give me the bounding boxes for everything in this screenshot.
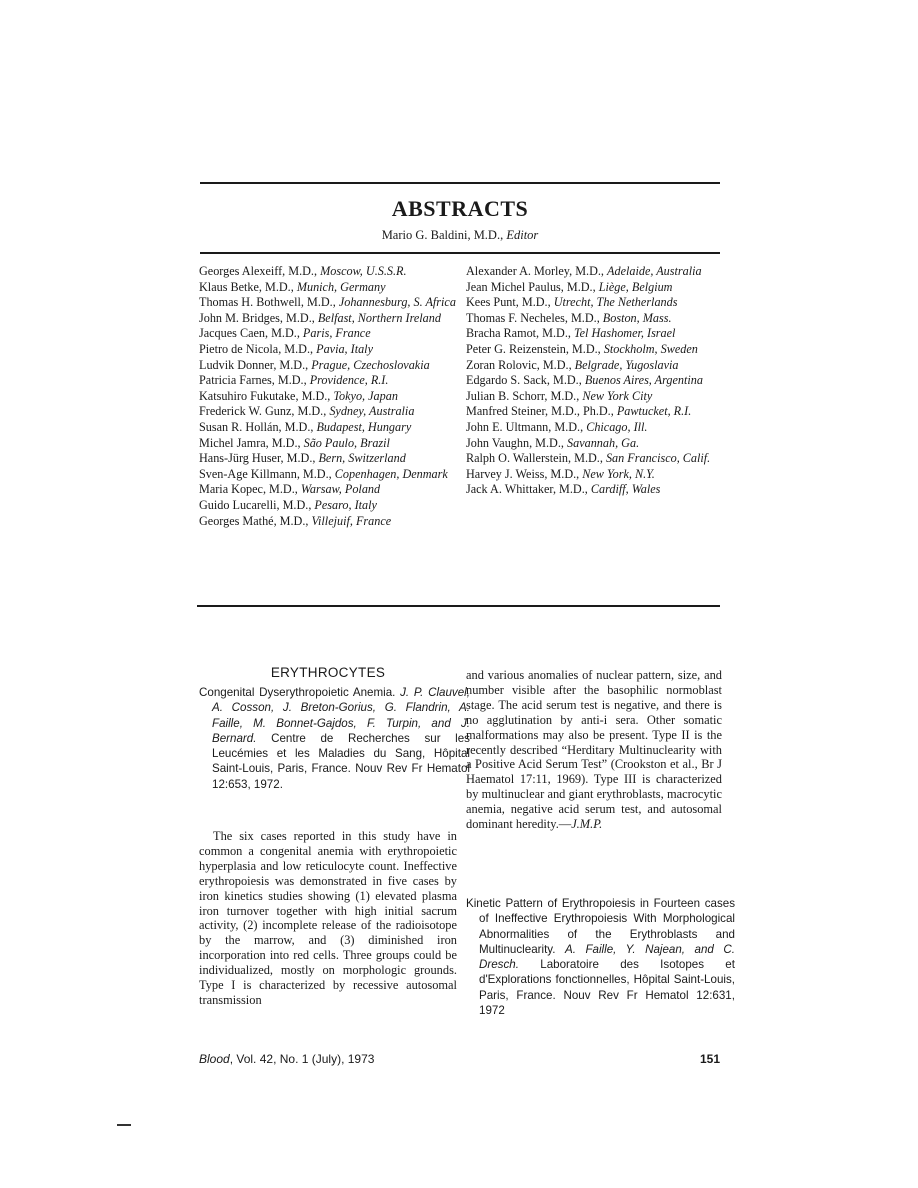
board-member: Edgardo S. Sack, M.D., Buenos Aires, Arg… <box>466 373 728 389</box>
board-member-location: Pesaro, Italy <box>314 498 377 512</box>
board-member-location: Munich, Germany <box>297 280 386 294</box>
page-title: ABSTRACTS <box>200 196 720 222</box>
board-member-name: Jean Michel Paulus, M.D., <box>466 280 596 294</box>
board-member: Klaus Betke, M.D., Munich, Germany <box>199 280 461 296</box>
board-member: Hans-Jürg Huser, M.D., Bern, Switzerland <box>199 451 461 467</box>
board-member-location: Pavia, Italy <box>316 342 373 356</box>
board-member-location: Moscow, U.S.S.R. <box>320 264 406 278</box>
board-member-location: Boston, Mass. <box>603 311 672 325</box>
board-member-name: Pietro de Nicola, M.D., <box>199 342 313 356</box>
board-member: Georges Alexeiff, M.D., Moscow, U.S.S.R. <box>199 264 461 280</box>
board-member-name: Michel Jamra, M.D., <box>199 436 301 450</box>
board-member-name: Ludvik Donner, M.D., <box>199 358 308 372</box>
board-member-name: Maria Kopec, M.D., <box>199 482 298 496</box>
board-member-location: Buenos Aires, Argentina <box>585 373 703 387</box>
board-member: Jack A. Whittaker, M.D., Cardiff, Wales <box>466 482 728 498</box>
editor-role: Editor <box>506 228 538 242</box>
board-member-name: Sven-Age Killmann, M.D., <box>199 467 332 481</box>
board-member-name: Peter G. Reizenstein, M.D., <box>466 342 601 356</box>
board-member-location: Copenhagen, Denmark <box>335 467 448 481</box>
board-member: Alexander A. Morley, M.D., Adelaide, Aus… <box>466 264 728 280</box>
board-member-location: Warsaw, Poland <box>301 482 380 496</box>
abstract1-body-part1: The six cases reported in this study hav… <box>199 829 457 1008</box>
abstract1-title: Congenital Dyserythropoietic Anemia. <box>199 686 395 699</box>
board-member-name: Ralph O. Wallerstein, M.D., <box>466 451 603 465</box>
board-member-location: Tel Hashomer, Israel <box>574 326 675 340</box>
board-member-name: John M. Bridges, M.D., <box>199 311 315 325</box>
board-member-location: Savannah, Ga. <box>567 436 639 450</box>
board-member: Michel Jamra, M.D., São Paulo, Brazil <box>199 436 461 452</box>
board-member-location: Providence, R.I. <box>310 373 389 387</box>
board-member-name: Julian B. Schorr, M.D., <box>466 389 579 403</box>
board-member-name: Susan R. Hollán, M.D., <box>199 420 313 434</box>
board-member-name: Alexander A. Morley, M.D., <box>466 264 604 278</box>
board-member-name: Katsuhiro Fukutake, M.D., <box>199 389 330 403</box>
board-member: Zoran Rolovic, M.D., Belgrade, Yugoslavi… <box>466 358 728 374</box>
board-member: Pietro de Nicola, M.D., Pavia, Italy <box>199 342 461 358</box>
abstract1-body-text: and various anomalies of nuclear pattern… <box>466 668 722 831</box>
abstract2-citation: Kinetic Pattern of Erythropoiesis in Fou… <box>466 896 735 1018</box>
board-member-location: São Paulo, Brazil <box>304 436 390 450</box>
board-member-name: Edgardo S. Sack, M.D., <box>466 373 582 387</box>
board-member-name: Guido Lucarelli, M.D., <box>199 498 311 512</box>
board-member-name: Bracha Ramot, M.D., <box>466 326 571 340</box>
board-member-location: Stockholm, Sweden <box>604 342 698 356</box>
abstract1-body-part2: and various anomalies of nuclear pattern… <box>466 668 722 832</box>
board-bottom-rule <box>197 605 720 607</box>
board-member-name: Georges Mathé, M.D., <box>199 514 308 528</box>
section-heading: ERYTHROCYTES <box>199 665 457 680</box>
board-member-location: Pawtucket, R.I. <box>617 404 691 418</box>
board-member-location: Utrecht, The Netherlands <box>554 295 678 309</box>
editor-line: Mario G. Baldini, M.D., Editor <box>200 228 720 243</box>
board-member: Julian B. Schorr, M.D., New York City <box>466 389 728 405</box>
board-member: Jacques Caen, M.D., Paris, France <box>199 326 461 342</box>
board-member: Susan R. Hollán, M.D., Budapest, Hungary <box>199 420 461 436</box>
board-member: Jean Michel Paulus, M.D., Liège, Belgium <box>466 280 728 296</box>
board-member: Harvey J. Weiss, M.D., New York, N.Y. <box>466 467 728 483</box>
board-member: Sven-Age Killmann, M.D., Copenhagen, Den… <box>199 467 461 483</box>
board-member: Guido Lucarelli, M.D., Pesaro, Italy <box>199 498 461 514</box>
board-member-location: Cardiff, Wales <box>591 482 661 496</box>
board-member: Maria Kopec, M.D., Warsaw, Poland <box>199 482 461 498</box>
board-member-location: Adelaide, Australia <box>607 264 702 278</box>
board-member-name: Patricia Farnes, M.D., <box>199 373 307 387</box>
board-member: Patricia Farnes, M.D., Providence, R.I. <box>199 373 461 389</box>
board-member: Manfred Steiner, M.D., Ph.D., Pawtucket,… <box>466 404 728 420</box>
board-member: Ludvik Donner, M.D., Prague, Czechoslova… <box>199 358 461 374</box>
board-member: John Vaughn, M.D., Savannah, Ga. <box>466 436 728 452</box>
editor-name: Mario G. Baldini, M.D., <box>382 228 504 242</box>
board-member-name: Zoran Rolovic, M.D., <box>466 358 572 372</box>
board-member-location: Budapest, Hungary <box>316 420 411 434</box>
board-member-location: Tokyo, Japan <box>333 389 398 403</box>
board-member-location: Chicago, Ill. <box>586 420 647 434</box>
board-member-name: Frederick W. Gunz, M.D., <box>199 404 326 418</box>
board-member: Ralph O. Wallerstein, M.D., San Francisc… <box>466 451 728 467</box>
board-member: Kees Punt, M.D., Utrecht, The Netherland… <box>466 295 728 311</box>
board-member: Peter G. Reizenstein, M.D., Stockholm, S… <box>466 342 728 358</box>
page-number: 151 <box>680 1052 720 1066</box>
abstract1-citation: Congenital Dyserythropoietic Anemia. J. … <box>199 685 470 792</box>
board-member: John E. Ultmann, M.D., Chicago, Ill. <box>466 420 728 436</box>
abstract1-signature: J.M.P. <box>571 817 602 831</box>
board-member-location: San Francisco, Calif. <box>606 451 710 465</box>
board-member: Thomas H. Bothwell, M.D., Johannesburg, … <box>199 295 461 311</box>
board-member-name: Manfred Steiner, M.D., Ph.D., <box>466 404 614 418</box>
board-member: Katsuhiro Fukutake, M.D., Tokyo, Japan <box>199 389 461 405</box>
board-member-location: New York City <box>582 389 652 403</box>
board-member-location: Johannesburg, S. Africa <box>339 295 456 309</box>
board-member-location: Bern, Switzerland <box>318 451 405 465</box>
board-member-name: Hans-Jürg Huser, M.D., <box>199 451 315 465</box>
board-member-location: New York, N.Y. <box>582 467 655 481</box>
board-member-name: Klaus Betke, M.D., <box>199 280 294 294</box>
board-member: John M. Bridges, M.D., Belfast, Northern… <box>199 311 461 327</box>
board-member: Georges Mathé, M.D., Villejuif, France <box>199 514 461 530</box>
board-member-location: Belfast, Northern Ireland <box>318 311 441 325</box>
scan-artifact <box>117 1124 131 1126</box>
board-member-location: Sydney, Australia <box>329 404 414 418</box>
board-member-name: Thomas H. Bothwell, M.D., <box>199 295 336 309</box>
board-member-location: Paris, France <box>303 326 371 340</box>
footer-journal-details: , Vol. 42, No. 1 (July), 1973 <box>230 1052 375 1066</box>
board-member-location: Liège, Belgium <box>599 280 673 294</box>
footer-journal-name: Blood <box>199 1052 230 1066</box>
board-member-location: Belgrade, Yugoslavia <box>575 358 679 372</box>
board-member-location: Prague, Czechoslovakia <box>311 358 429 372</box>
board-member-name: John Vaughn, M.D., <box>466 436 564 450</box>
board-member: Thomas F. Necheles, M.D., Boston, Mass. <box>466 311 728 327</box>
board-member-location: Villejuif, France <box>312 514 392 528</box>
board-member: Bracha Ramot, M.D., Tel Hashomer, Israel <box>466 326 728 342</box>
editorial-board-left: Georges Alexeiff, M.D., Moscow, U.S.S.R.… <box>199 264 461 529</box>
footer-journal: Blood, Vol. 42, No. 1 (July), 1973 <box>199 1052 374 1066</box>
board-member-name: Jack A. Whittaker, M.D., <box>466 482 588 496</box>
board-member-name: John E. Ultmann, M.D., <box>466 420 583 434</box>
board-member-name: Harvey J. Weiss, M.D., <box>466 467 579 481</box>
board-member: Frederick W. Gunz, M.D., Sydney, Austral… <box>199 404 461 420</box>
board-member-name: Georges Alexeiff, M.D., <box>199 264 317 278</box>
board-member-name: Thomas F. Necheles, M.D., <box>466 311 600 325</box>
header-rule <box>200 252 720 254</box>
board-member-name: Jacques Caen, M.D., <box>199 326 300 340</box>
top-rule <box>200 182 720 184</box>
editorial-board-right: Alexander A. Morley, M.D., Adelaide, Aus… <box>466 264 728 498</box>
board-member-name: Kees Punt, M.D., <box>466 295 551 309</box>
